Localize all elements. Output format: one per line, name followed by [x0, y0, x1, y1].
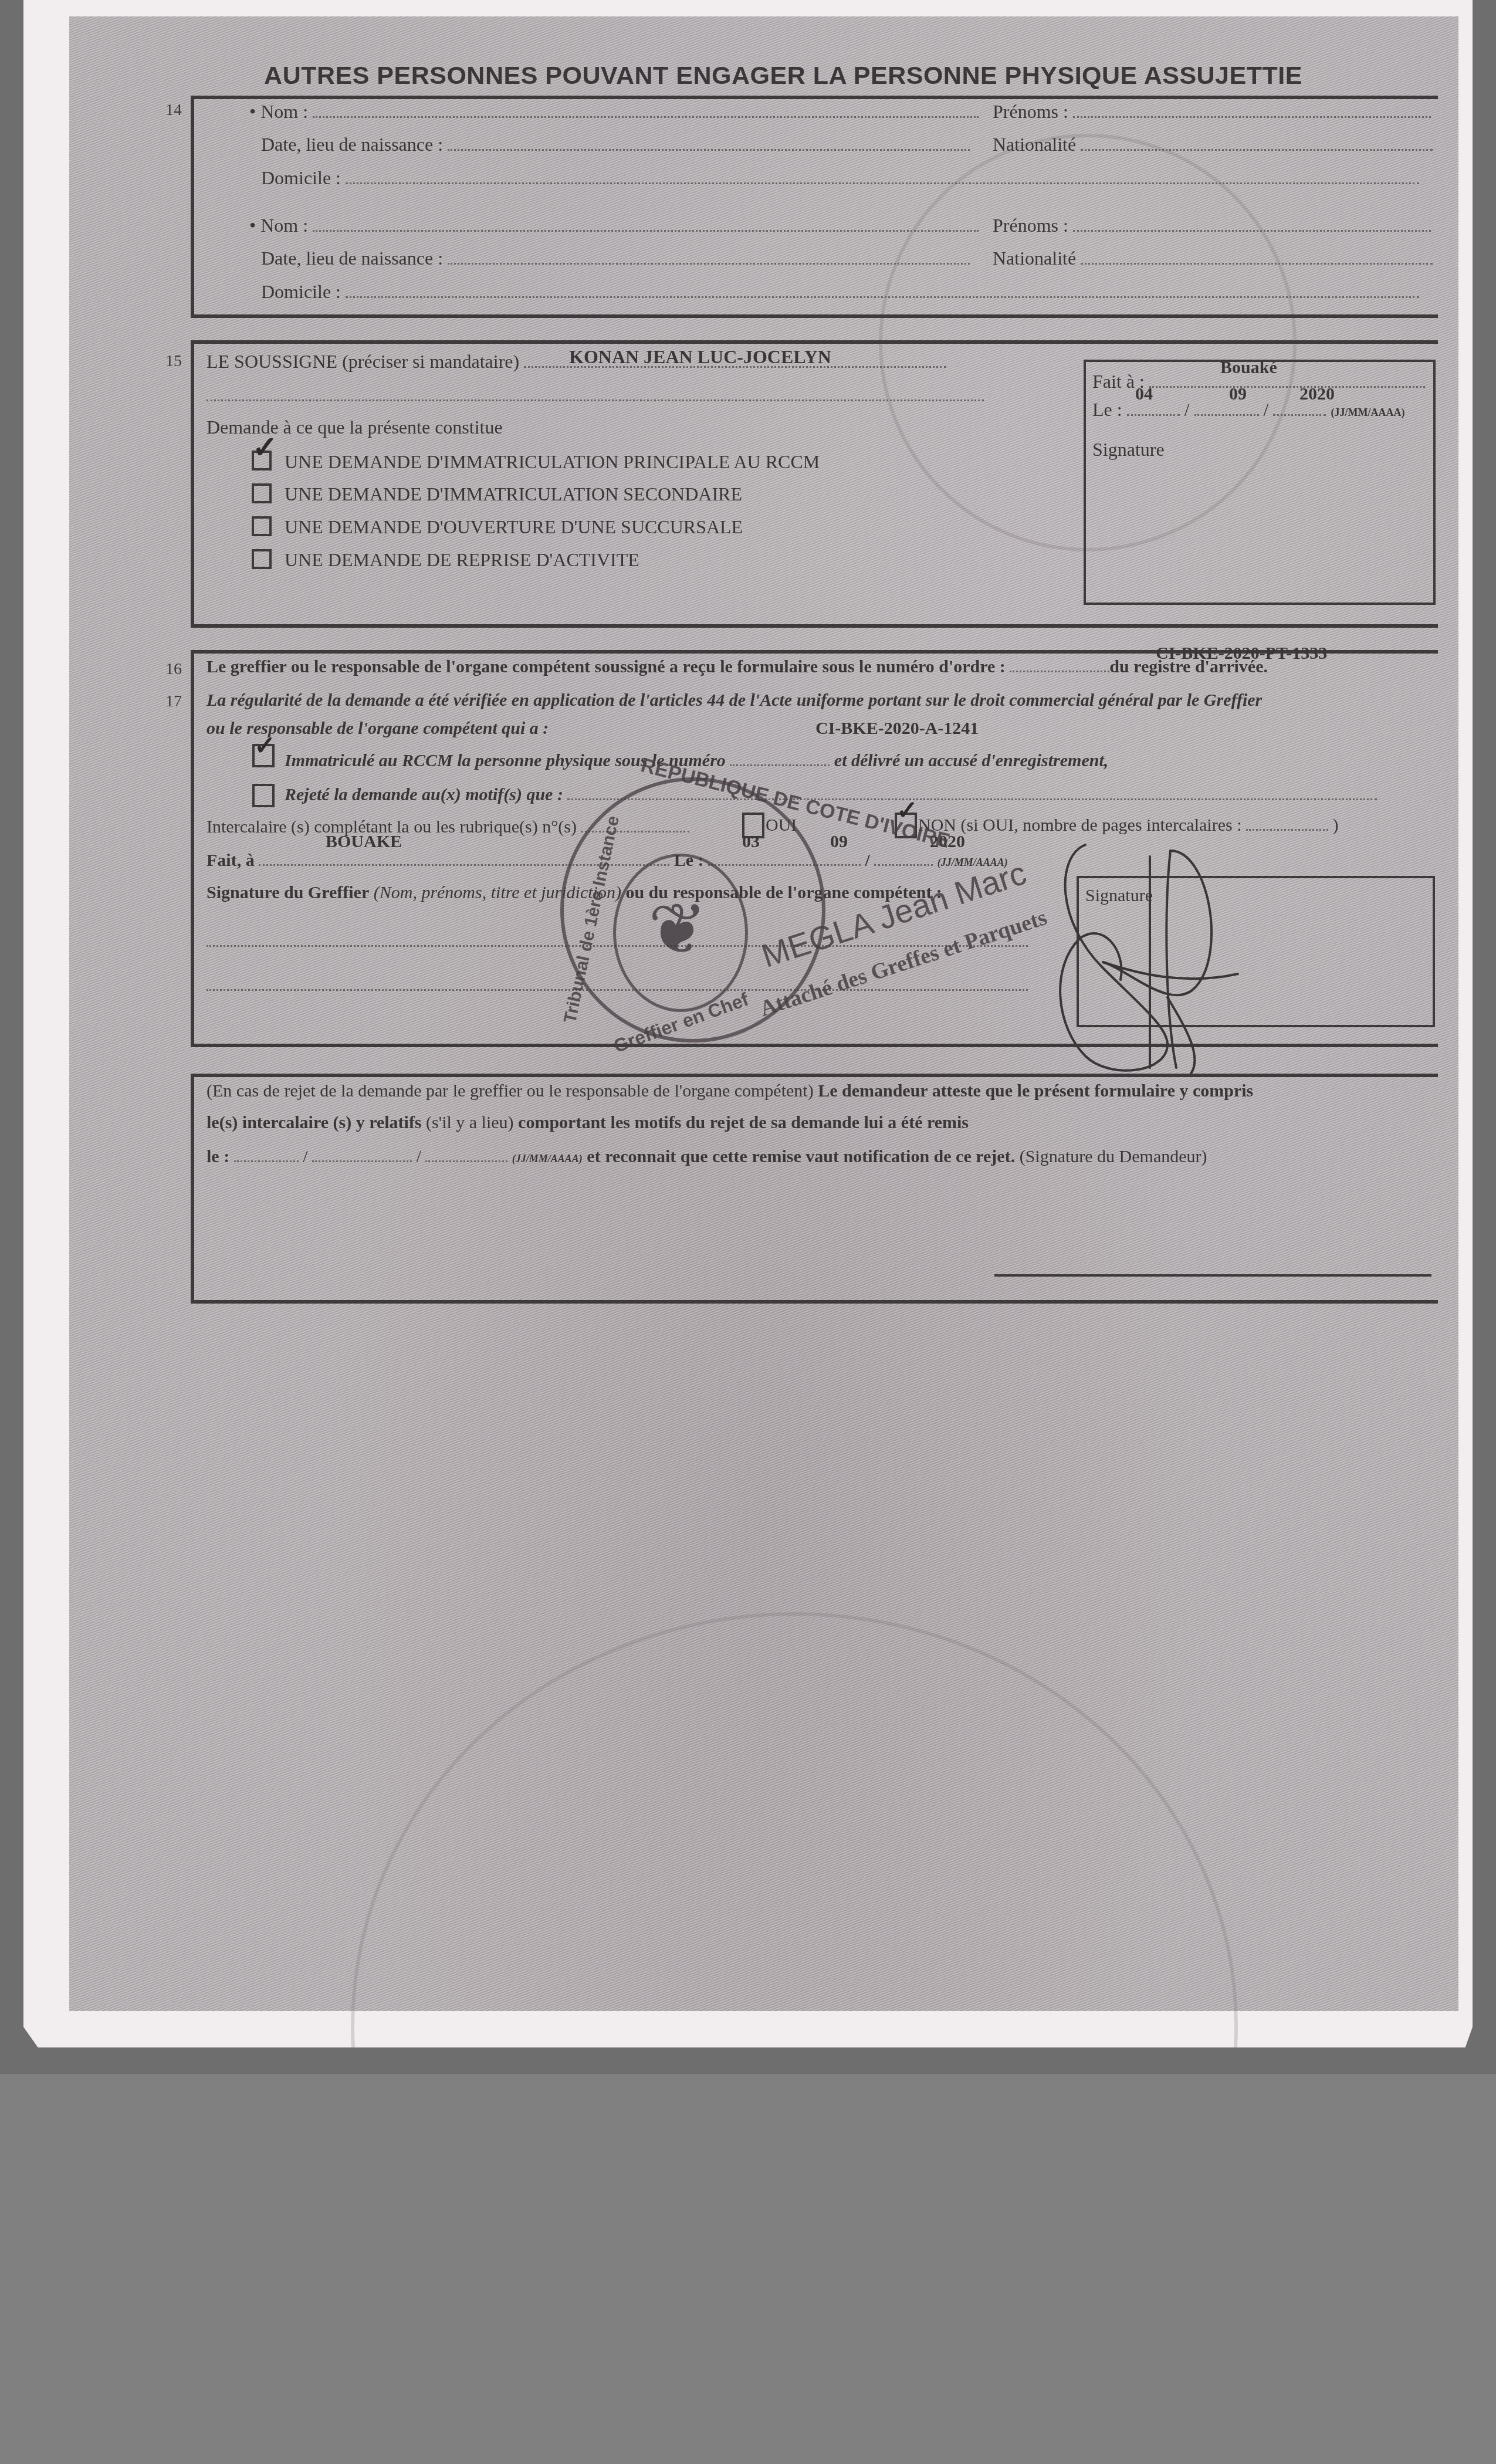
prenoms-label: Prénoms :: [993, 101, 1068, 122]
option-label-end: et délivré un accusé d'enregistrement,: [834, 751, 1108, 770]
option-label: UNE DEMANDE DE REPRISE D'ACTIVITE: [285, 549, 639, 571]
fait-a-label: Fait, à: [207, 851, 255, 870]
nom-field[interactable]: [313, 229, 979, 232]
section-number-17: 17: [165, 692, 182, 711]
section-16-text-end: du registre d'arrivée.: [1109, 657, 1268, 676]
fait-a-field[interactable]: [1149, 385, 1425, 388]
rejet-date-year-field[interactable]: [425, 1160, 507, 1162]
prenoms-field[interactable]: [1073, 229, 1431, 232]
rejet-section-box: [191, 1074, 1438, 1304]
domicile-label: Domicile :: [261, 281, 341, 302]
check-icon: ✓: [254, 733, 276, 759]
prenoms-label: Prénoms :: [993, 215, 1068, 236]
date-year-field[interactable]: [874, 864, 933, 866]
rejet-date-format: (JJ/MM/AAAA): [512, 1153, 583, 1165]
rejet-line-3: et reconnait que cette remise vaut notif…: [587, 1147, 1015, 1166]
rejet-line-2b: comportant les motifs du rejet de sa dem…: [518, 1113, 969, 1132]
date-day-field[interactable]: [1127, 414, 1180, 416]
fait-a-value: BOUAKE: [326, 832, 402, 852]
checkbox-reprise[interactable]: [252, 549, 272, 569]
soussigne-value: KONAN JEAN LUC-JOCELYN: [569, 346, 831, 368]
rejet-signature-hint: (Signature du Demandeur): [1020, 1147, 1207, 1166]
rejet-le-label: le :: [207, 1147, 229, 1166]
numero-ordre-field[interactable]: [1010, 670, 1109, 672]
nationalite-label: Nationalité: [993, 134, 1076, 155]
rccm-number: CI-BKE-2020-A-1241: [815, 719, 979, 739]
nom-label: • Nom :: [249, 215, 308, 236]
non-close-paren: ): [1332, 815, 1338, 835]
page-title: AUTRES PERSONNES POUVANT ENGAGER LA PERS…: [0, 62, 1496, 90]
rejet-date-day-field[interactable]: [234, 1160, 299, 1162]
naissance-field[interactable]: [448, 148, 970, 151]
rejet-line-2-normal: (s'il y a lieu): [426, 1113, 514, 1132]
watermark-seal: [351, 1612, 1238, 2441]
handwritten-signature: [1033, 833, 1361, 1079]
signature-greffier-label: Signature du Greffier: [207, 883, 369, 902]
nom-label: • Nom :: [249, 101, 308, 122]
soussigne-label: LE SOUSSIGNE (préciser si mandataire): [207, 351, 519, 372]
demande-label: Demande à ce que la présente constitue: [207, 417, 503, 438]
date-month-field[interactable]: [1194, 414, 1259, 416]
option-label: Rejeté la demande au(x) motif(s) que :: [285, 785, 563, 804]
domicile-field[interactable]: [346, 296, 1419, 298]
soussigne-field-line-2[interactable]: [207, 399, 984, 401]
checkbox-rejete[interactable]: [252, 784, 275, 807]
rejet-attestation: Le demandeur atteste que le présent form…: [818, 1081, 1253, 1101]
section-17-intro-line-1: La régularité de la demande a été vérifi…: [207, 691, 1262, 710]
section-number-14: 14: [165, 101, 182, 120]
nationalite-field[interactable]: [1081, 262, 1433, 265]
naissance-label: Date, lieu de naissance :: [261, 134, 443, 155]
le-label: Le :: [1092, 399, 1122, 420]
option-label: UNE DEMANDE D'IMMATRICULATION SECONDAIRE: [285, 483, 742, 505]
option-label: UNE DEMANDE D'IMMATRICULATION PRINCIPALE…: [285, 451, 820, 473]
naissance-label: Date, lieu de naissance :: [261, 248, 443, 269]
option-label: UNE DEMANDE D'OUVERTURE D'UNE SUCCURSALE: [285, 516, 743, 538]
pages-intercalaires-field[interactable]: [1246, 828, 1328, 831]
rejet-line-2a: le(s) intercalaire (s) y relatifs: [207, 1113, 422, 1132]
date-month: 09: [830, 832, 848, 852]
check-icon: ✓: [252, 433, 278, 463]
rccm-field[interactable]: [730, 764, 830, 766]
domicile-field[interactable]: [346, 182, 1419, 184]
nationalite-field[interactable]: [1081, 148, 1433, 151]
non-label: NON (si OUI, nombre de pages intercalair…: [918, 815, 1241, 835]
checkbox-succursale[interactable]: [252, 516, 272, 536]
checkbox-secondaire[interactable]: [252, 483, 272, 503]
prenoms-field[interactable]: [1073, 116, 1431, 118]
nom-field[interactable]: [313, 116, 979, 118]
domicile-label: Domicile :: [261, 167, 341, 188]
section-16-text: Le greffier ou le responsable de l'organ…: [207, 657, 1006, 676]
demandeur-signature-line[interactable]: [994, 1274, 1431, 1277]
section-number-16: 16: [165, 660, 182, 679]
rejet-intro: (En cas de rejet de la demande par le gr…: [207, 1081, 814, 1101]
date-format-hint: (JJ/MM/AAAA): [1331, 407, 1404, 418]
nationalite-label: Nationalité: [993, 248, 1076, 269]
signature-label: Signature: [1092, 439, 1165, 461]
date-year-field[interactable]: [1273, 414, 1326, 416]
rejet-date-month-field[interactable]: [312, 1160, 412, 1162]
coat-of-arms-icon: ❦: [637, 886, 719, 974]
section-number-15: 15: [165, 352, 182, 371]
naissance-field[interactable]: [448, 262, 970, 265]
